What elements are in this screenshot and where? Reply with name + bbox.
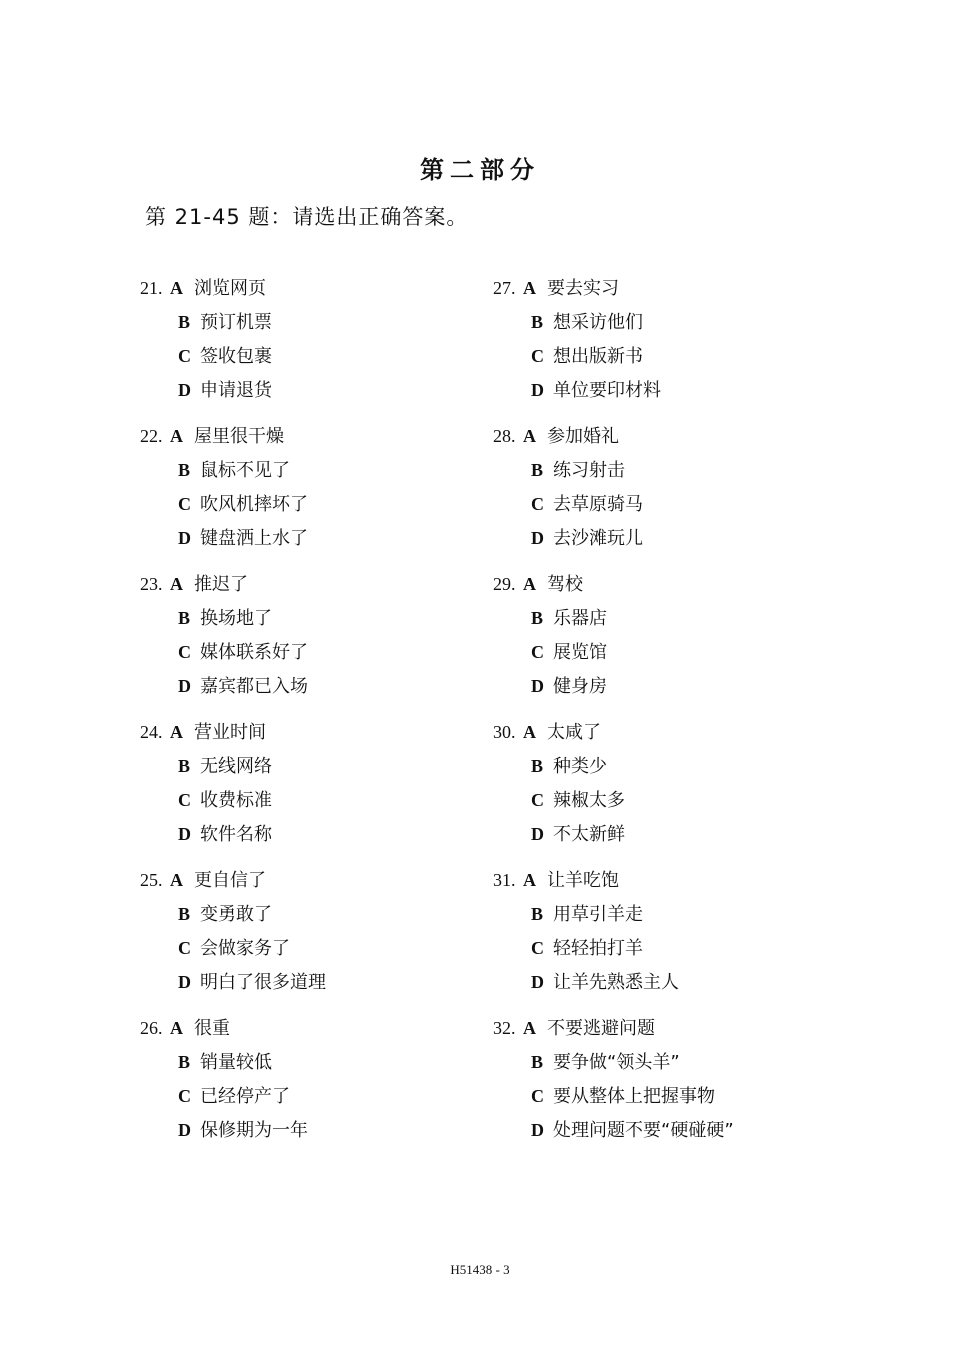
option-c: C已经停产了 <box>140 1082 326 1116</box>
option-letter: C <box>178 490 198 518</box>
option-text: 已经停产了 <box>198 1086 290 1107</box>
question-number: 26. <box>140 1014 170 1042</box>
option-b: B换场地了 <box>140 604 326 638</box>
question-number: 28. <box>493 422 523 450</box>
option-letter: B <box>531 752 551 780</box>
option-letter: D <box>531 672 551 700</box>
option-letter: B <box>531 900 551 928</box>
option-text: 去沙滩玩儿 <box>551 528 643 549</box>
option-d: D申请退货 <box>140 376 326 410</box>
option-letter: A <box>523 570 545 598</box>
option-text: 保修期为一年 <box>198 1120 308 1141</box>
option-letter: C <box>531 490 551 518</box>
option-text: 太咸了 <box>545 722 601 743</box>
option-letter: D <box>178 968 198 996</box>
option-letter: B <box>178 752 198 780</box>
option-letter: D <box>531 524 551 552</box>
option-text: 用草引羊走 <box>551 904 643 925</box>
option-c: C签收包裹 <box>140 342 326 376</box>
option-d: D明白了很多道理 <box>140 968 326 1002</box>
option-letter: B <box>531 456 551 484</box>
option-c: C辣椒太多 <box>493 786 734 820</box>
option-d: D健身房 <box>493 672 734 706</box>
option-letter: A <box>523 718 545 746</box>
option-d: D处理问题不要“硬碰硬” <box>493 1116 734 1150</box>
question-32: 32.A不要逃避问题B要争做“领头羊”C要从整体上把握事物D处理问题不要“硬碰硬… <box>493 1014 734 1162</box>
option-d: D单位要印材料 <box>493 376 734 410</box>
option-c: C想出版新书 <box>493 342 734 376</box>
option-text: 鼠标不见了 <box>198 460 290 481</box>
option-b: B用草引羊走 <box>493 900 734 934</box>
option-d: D软件名称 <box>140 820 326 854</box>
option-a: 21.A浏览网页 <box>140 274 326 308</box>
option-d: D不太新鲜 <box>493 820 734 854</box>
option-b: B乐器店 <box>493 604 734 638</box>
option-text: 明白了很多道理 <box>198 972 326 993</box>
option-text: 无线网络 <box>198 756 272 777</box>
option-text: 吹风机摔坏了 <box>198 494 308 515</box>
option-letter: B <box>178 900 198 928</box>
question-28: 28.A参加婚礼B练习射击C去草原骑马D去沙滩玩儿 <box>493 422 734 570</box>
option-letter: A <box>170 422 192 450</box>
questions-right-column: 27.A要去实习B想采访他们C想出版新书D单位要印材料28.A参加婚礼B练习射击… <box>493 274 734 1162</box>
option-a: 28.A参加婚礼 <box>493 422 734 456</box>
question-26: 26.A很重B销量较低C已经停产了D保修期为一年 <box>140 1014 326 1162</box>
option-text: 健身房 <box>551 676 607 697</box>
option-d: D键盘洒上水了 <box>140 524 326 558</box>
option-letter: D <box>531 968 551 996</box>
option-a: 23.A推迟了 <box>140 570 326 604</box>
option-letter: D <box>178 1116 198 1144</box>
option-text: 辣椒太多 <box>551 790 625 811</box>
option-text: 推迟了 <box>192 574 248 595</box>
option-d: D保修期为一年 <box>140 1116 326 1150</box>
option-text: 更自信了 <box>192 870 266 891</box>
question-number: 29. <box>493 570 523 598</box>
option-letter: C <box>531 638 551 666</box>
question-31: 31.A让羊吃饱B用草引羊走C轻轻拍打羊D让羊先熟悉主人 <box>493 866 734 1014</box>
option-letter: A <box>170 718 192 746</box>
question-number: 23. <box>140 570 170 598</box>
option-a: 24.A营业时间 <box>140 718 326 752</box>
option-text: 乐器店 <box>551 608 607 629</box>
instruction: 第 21-45 题：请选出正确答案。 <box>145 201 468 231</box>
option-letter: D <box>178 376 198 404</box>
option-letter: C <box>531 934 551 962</box>
question-number: 25. <box>140 866 170 894</box>
option-letter: C <box>531 1082 551 1110</box>
question-number: 21. <box>140 274 170 302</box>
option-letter: D <box>178 524 198 552</box>
option-text: 变勇敢了 <box>198 904 272 925</box>
question-21: 21.A浏览网页B预订机票C签收包裹D申请退货 <box>140 274 326 422</box>
option-c: C轻轻拍打羊 <box>493 934 734 968</box>
option-b: B销量较低 <box>140 1048 326 1082</box>
option-a: 31.A让羊吃饱 <box>493 866 734 900</box>
option-letter: D <box>531 820 551 848</box>
option-letter: D <box>531 376 551 404</box>
option-text: 预订机票 <box>198 312 272 333</box>
option-b: B练习射击 <box>493 456 734 490</box>
option-b: B变勇敢了 <box>140 900 326 934</box>
option-letter: D <box>531 1116 551 1144</box>
option-letter: A <box>170 274 192 302</box>
question-number: 22. <box>140 422 170 450</box>
option-c: C去草原骑马 <box>493 490 734 524</box>
option-b: B无线网络 <box>140 752 326 786</box>
option-text: 轻轻拍打羊 <box>551 938 643 959</box>
option-text: 销量较低 <box>198 1052 272 1073</box>
option-letter: B <box>178 456 198 484</box>
option-letter: A <box>170 866 192 894</box>
option-c: C要从整体上把握事物 <box>493 1082 734 1116</box>
question-29: 29.A驾校B乐器店C展览馆D健身房 <box>493 570 734 718</box>
option-text: 种类少 <box>551 756 607 777</box>
option-letter: B <box>178 604 198 632</box>
question-30: 30.A太咸了B种类少C辣椒太多D不太新鲜 <box>493 718 734 866</box>
option-letter: C <box>531 786 551 814</box>
option-text: 驾校 <box>545 574 583 595</box>
option-text: 让羊吃饱 <box>545 870 619 891</box>
option-a: 27.A要去实习 <box>493 274 734 308</box>
option-text: 换场地了 <box>198 608 272 629</box>
questions-left-column: 21.A浏览网页B预订机票C签收包裹D申请退货22.A屋里很干燥B鼠标不见了C吹… <box>140 274 326 1162</box>
option-text: 想采访他们 <box>551 312 643 333</box>
option-d: D去沙滩玩儿 <box>493 524 734 558</box>
option-text: 浏览网页 <box>192 278 266 299</box>
option-text: 参加婚礼 <box>545 426 619 447</box>
option-d: D嘉宾都已入场 <box>140 672 326 706</box>
option-text: 很重 <box>192 1018 230 1039</box>
option-text: 屋里很干燥 <box>192 426 284 447</box>
option-text: 软件名称 <box>198 824 272 845</box>
option-text: 不太新鲜 <box>551 824 625 845</box>
option-c: C展览馆 <box>493 638 734 672</box>
option-a: 30.A太咸了 <box>493 718 734 752</box>
option-letter: C <box>178 1082 198 1110</box>
page-footer: H51438 - 3 <box>0 1262 960 1278</box>
option-a: 32.A不要逃避问题 <box>493 1014 734 1048</box>
option-letter: B <box>178 1048 198 1076</box>
option-letter: A <box>170 1014 192 1042</box>
option-text: 去草原骑马 <box>551 494 643 515</box>
option-b: B种类少 <box>493 752 734 786</box>
option-text: 练习射击 <box>551 460 625 481</box>
option-text: 营业时间 <box>192 722 266 743</box>
option-letter: D <box>178 820 198 848</box>
option-text: 收费标准 <box>198 790 272 811</box>
option-text: 嘉宾都已入场 <box>198 676 308 697</box>
option-a: 29.A驾校 <box>493 570 734 604</box>
option-a: 25.A更自信了 <box>140 866 326 900</box>
option-text: 会做家务了 <box>198 938 290 959</box>
option-a: 22.A屋里很干燥 <box>140 422 326 456</box>
question-22: 22.A屋里很干燥B鼠标不见了C吹风机摔坏了D键盘洒上水了 <box>140 422 326 570</box>
option-text: 展览馆 <box>551 642 607 663</box>
option-text: 媒体联系好了 <box>198 642 308 663</box>
option-text: 让羊先熟悉主人 <box>551 972 679 993</box>
question-number: 27. <box>493 274 523 302</box>
option-text: 申请退货 <box>198 380 272 401</box>
option-letter: C <box>178 342 198 370</box>
option-letter: A <box>170 570 192 598</box>
option-letter: B <box>531 604 551 632</box>
question-number: 31. <box>493 866 523 894</box>
option-text: 要从整体上把握事物 <box>551 1086 715 1107</box>
option-letter: A <box>523 1014 545 1042</box>
option-text: 处理问题不要“硬碰硬” <box>551 1120 734 1141</box>
option-d: D让羊先熟悉主人 <box>493 968 734 1002</box>
option-text: 签收包裹 <box>198 346 272 367</box>
option-b: B要争做“领头羊” <box>493 1048 734 1082</box>
option-text: 单位要印材料 <box>551 380 661 401</box>
option-c: C媒体联系好了 <box>140 638 326 672</box>
option-letter: C <box>178 638 198 666</box>
option-c: C收费标准 <box>140 786 326 820</box>
option-b: B鼠标不见了 <box>140 456 326 490</box>
question-number: 24. <box>140 718 170 746</box>
question-number: 30. <box>493 718 523 746</box>
option-text: 要去实习 <box>545 278 619 299</box>
option-c: C会做家务了 <box>140 934 326 968</box>
question-27: 27.A要去实习B想采访他们C想出版新书D单位要印材料 <box>493 274 734 422</box>
question-24: 24.A营业时间B无线网络C收费标准D软件名称 <box>140 718 326 866</box>
option-a: 26.A很重 <box>140 1014 326 1048</box>
option-letter: C <box>178 934 198 962</box>
option-letter: B <box>531 1048 551 1076</box>
option-b: B预订机票 <box>140 308 326 342</box>
option-letter: D <box>178 672 198 700</box>
question-23: 23.A推迟了B换场地了C媒体联系好了D嘉宾都已入场 <box>140 570 326 718</box>
option-text: 想出版新书 <box>551 346 643 367</box>
option-letter: C <box>531 342 551 370</box>
question-25: 25.A更自信了B变勇敢了C会做家务了D明白了很多道理 <box>140 866 326 1014</box>
option-letter: B <box>531 308 551 336</box>
option-text: 键盘洒上水了 <box>198 528 308 549</box>
option-letter: A <box>523 274 545 302</box>
option-b: B想采访他们 <box>493 308 734 342</box>
option-letter: B <box>178 308 198 336</box>
option-c: C吹风机摔坏了 <box>140 490 326 524</box>
question-number: 32. <box>493 1014 523 1042</box>
section-title: 第二部分 <box>0 150 960 185</box>
option-text: 不要逃避问题 <box>545 1018 655 1039</box>
option-letter: C <box>178 786 198 814</box>
option-text: 要争做“领头羊” <box>551 1052 680 1073</box>
option-letter: A <box>523 422 545 450</box>
option-letter: A <box>523 866 545 894</box>
